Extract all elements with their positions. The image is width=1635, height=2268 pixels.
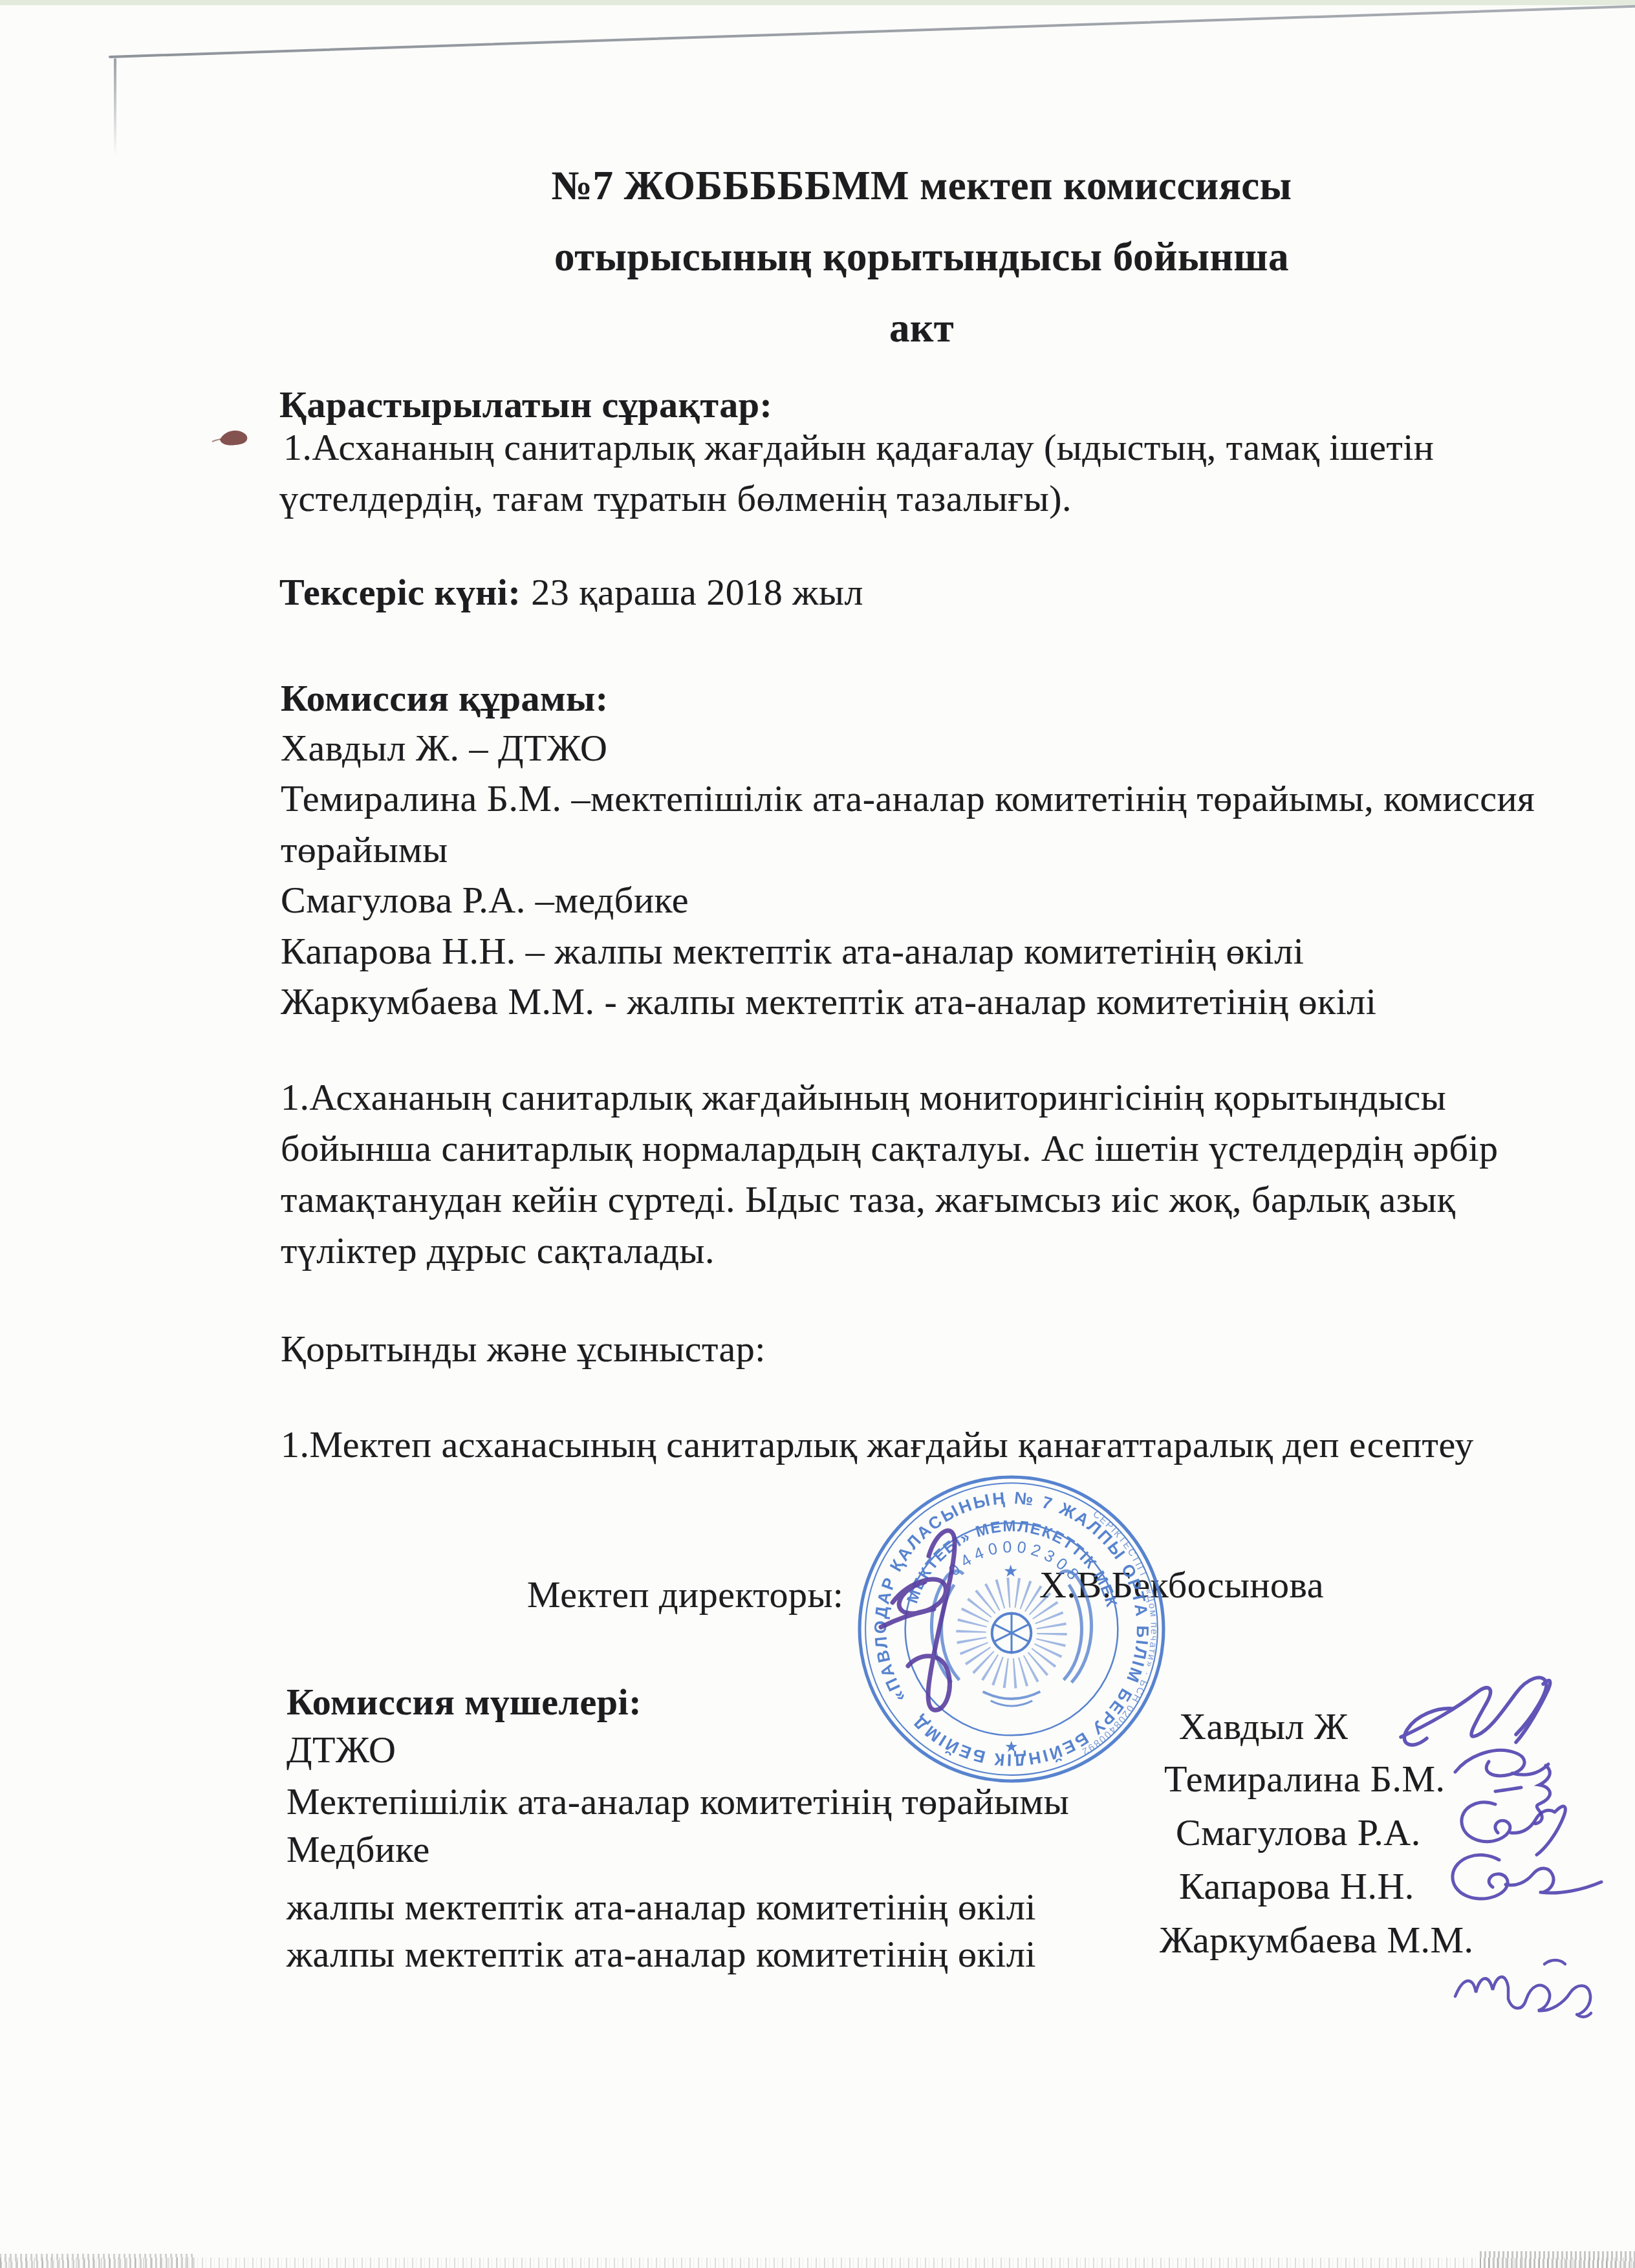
findings-line: тамақтанудан кейін сүртеді. Ыдыс таза, ж… (281, 1178, 1455, 1221)
commission-line: төрайымы (281, 828, 448, 871)
inspection-date-value: 23 қараша 2018 жыл (531, 571, 863, 613)
scan-noise-bottom-right (1480, 2251, 1635, 2268)
commission-line: Хавдыл Ж. – ДТЖО (281, 726, 607, 770)
commission-line: Темиралина Б.М. –мектепішілік ата-аналар… (281, 777, 1535, 820)
findings-line: түліктер дұрыс сақталады. (281, 1229, 715, 1272)
director-signature (874, 1518, 994, 1732)
member-role: жалпы мектептік ата-аналар комитетінің ө… (287, 1932, 1036, 1976)
inspection-date-label: Тексеріс күні: (279, 571, 521, 613)
scan-noise-bottom (0, 2258, 1635, 2268)
member-role: Медбике (287, 1828, 430, 1871)
scan-noise-bottom-left (0, 2254, 194, 2268)
member-name: Хавдыл Ж (1179, 1705, 1348, 1748)
conclusion-line: 1.Мектеп асханасының санитарлық жағдайы … (281, 1423, 1474, 1466)
members-heading: Комиссия мүшелері: (287, 1680, 642, 1723)
stamp-star-top: ★ (1003, 1562, 1019, 1581)
commission-line: Смагулова Р.А. –медбике (281, 878, 689, 922)
director-label: Мектеп директоры: (527, 1573, 843, 1616)
member-name: Темиралина Б.М. (1164, 1757, 1446, 1800)
findings-line: 1.Асхананың санитарлық жағдайының монито… (281, 1075, 1446, 1119)
page-left-edge-line (114, 58, 116, 155)
red-ink-mark (211, 426, 254, 450)
title-line-2: отырысының қорытындысы бойынша (278, 221, 1565, 292)
member-name: Смагулова Р.А. (1176, 1811, 1421, 1854)
commission-heading: Комиссия құрамы: (281, 676, 609, 720)
scanned-document-page: №7 ЖОБББББММ мектеп комиссиясы отырысыны… (0, 0, 1635, 2268)
document-title: №7 ЖОБББББММ мектеп комиссиясы отырысыны… (278, 150, 1565, 363)
member-name: Жаркумбаева М.М. (1160, 1918, 1474, 1961)
commission-line: Капарова Н.Н. – жалпы мектептік ата-анал… (281, 929, 1304, 973)
member-name: Капарова Н.Н. (1179, 1864, 1414, 1908)
findings-line: бойынша санитарлық нормалардың сақталуы.… (281, 1127, 1499, 1170)
page-top-edge-line (109, 5, 1635, 58)
member-signature-5 (1450, 1950, 1602, 2024)
questions-line-1: 1.Асхананың санитарлық жағдайын қадағала… (283, 426, 1434, 469)
member-signature-1 (1396, 1667, 1554, 1758)
commission-line: Жаркумбаева М.М. - жалпы мектептік ата-а… (281, 980, 1376, 1023)
conclusion-heading: Қорытынды және ұсыныстар: (281, 1327, 766, 1370)
stamp-star-bottom: ★ (1004, 1738, 1019, 1756)
member-role: жалпы мектептік ата-аналар комитетінің ө… (287, 1885, 1036, 1928)
title-line-3: акт (278, 292, 1565, 363)
member-role: ДТЖО (287, 1728, 396, 1771)
questions-line-2: үстелдердің, тағам тұратын бөлменің таза… (279, 477, 1072, 520)
member-role: Мектепішілік ата-аналар комитетінің төра… (287, 1780, 1069, 1823)
questions-heading: Қарастырылатын сұрақтар: (279, 383, 772, 426)
title-line-1: №7 ЖОБББББММ мектеп комиссиясы (278, 150, 1565, 221)
inspection-date-line: Тексеріс күні:23 қараша 2018 жыл (279, 570, 863, 614)
scanner-top-strip (0, 0, 1635, 5)
member-signature-4 (1444, 1847, 1615, 1915)
